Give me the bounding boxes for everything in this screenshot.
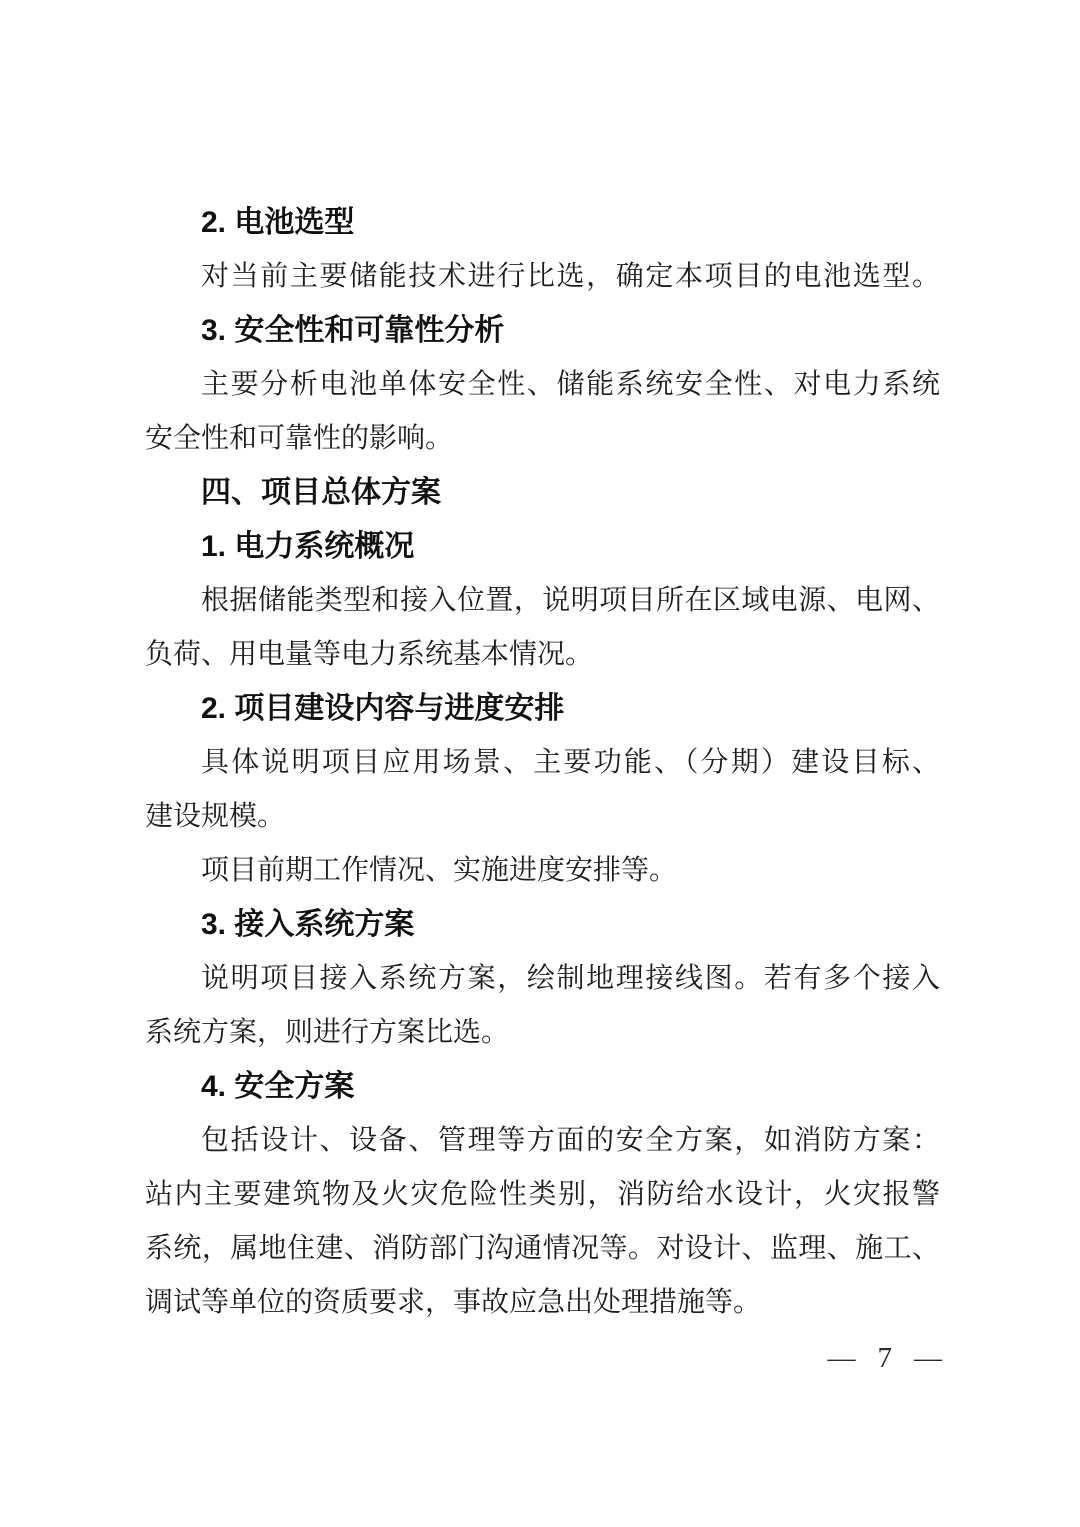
paragraph-line: 包括设计、设备、管理等方面的安全方案，如消防方案： [145,1114,940,1168]
footer-dash-left: — [828,1343,856,1375]
paragraph-line: 主要分析电池单体安全性、储能系统安全性、对电力系统 [145,358,940,412]
heading-line: 4. 安全方案 [145,1060,940,1114]
heading-line: 2. 项目建设内容与进度安排 [145,682,940,736]
heading-line: 3. 接入系统方案 [145,898,940,952]
paragraph-line: 建设规模。 [145,790,940,844]
document-body: 2. 电池选型对当前主要储能技术进行比选，确定本项目的电池选型。3. 安全性和可… [145,196,940,1330]
document-page: 2. 电池选型对当前主要储能技术进行比选，确定本项目的电池选型。3. 安全性和可… [0,0,1080,1527]
paragraph-line: 安全性和可靠性的影响。 [145,412,940,466]
heading-line: 四、项目总体方案 [145,466,940,520]
paragraph-line: 系统方案，则进行方案比选。 [145,1006,940,1060]
footer-dash-right: — [914,1343,942,1375]
paragraph-line: 负荷、用电量等电力系统基本情况。 [145,628,940,682]
paragraph-line: 站内主要建筑物及火灾危险性类别，消防给水设计，火灾报警 [145,1168,940,1222]
page-footer: — 7 — [828,1342,943,1375]
paragraph-line: 具体说明项目应用场景、主要功能、（分期）建设目标、 [145,736,940,790]
heading-line: 3. 安全性和可靠性分析 [145,304,940,358]
paragraph-line: 对当前主要储能技术进行比选，确定本项目的电池选型。 [145,250,940,304]
paragraph-line: 说明项目接入系统方案，绘制地理接线图。若有多个接入 [145,952,940,1006]
heading-line: 2. 电池选型 [145,196,940,250]
paragraph-line: 根据储能类型和接入位置，说明项目所在区域电源、电网、 [145,574,940,628]
paragraph-line: 项目前期工作情况、实施进度安排等。 [145,844,940,898]
heading-line: 1. 电力系统概况 [145,520,940,574]
page-number: 7 [878,1342,893,1375]
paragraph-line: 系统，属地住建、消防部门沟通情况等。对设计、监理、施工、 [145,1222,940,1276]
paragraph-line: 调试等单位的资质要求，事故应急出处理措施等。 [145,1276,940,1330]
